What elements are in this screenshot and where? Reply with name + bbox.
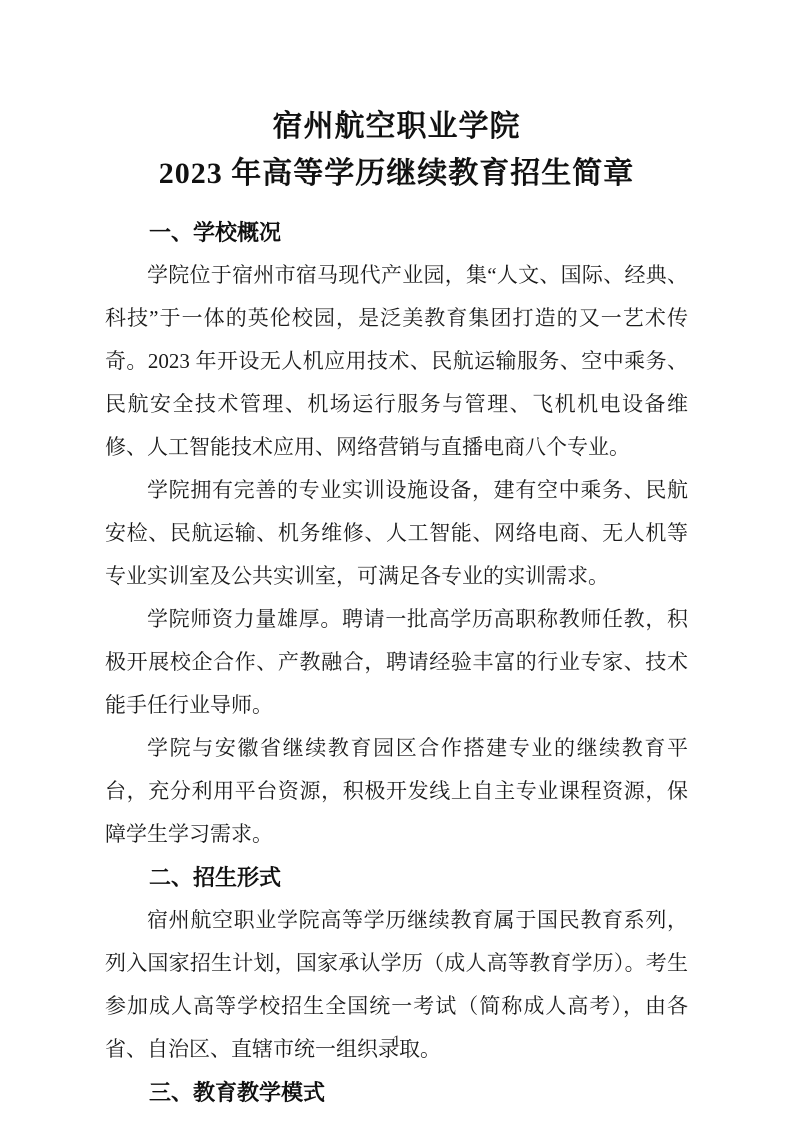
paragraph-faculty: 学院师资力量雄厚。聘请一批高学历高职称教师任教，积极开展校企合作、产教融合，聘请… bbox=[105, 598, 688, 727]
paragraph-online-platform: 学院与安徽省继续教育园区合作搭建专业的继续教育平台，充分利用平台资源，积极开发线… bbox=[105, 727, 688, 856]
document-page: 宿州航空职业学院 2023 年高等学历继续教育招生简章 一、学校概况 学院位于宿… bbox=[0, 0, 793, 1122]
section-heading-enrollment-form: 二、招生形式 bbox=[105, 856, 688, 899]
section-heading-education-teaching-mode: 三、教育教学模式 bbox=[105, 1071, 688, 1114]
document-title-line-2: 2023 年高等学历继续教育招生简章 bbox=[105, 150, 688, 197]
paragraph-training-facilities: 学院拥有完善的专业实训设施设备，建有空中乘务、民航安检、民航运输、机务维修、人工… bbox=[105, 469, 688, 598]
page-number: 1 bbox=[0, 1033, 793, 1051]
document-title-block: 宿州航空职业学院 2023 年高等学历继续教育招生简章 bbox=[105, 103, 688, 197]
paragraph-school-location: 学院位于宿州市宿马现代产业园，集“人文、国际、经典、科技”于一体的英伦校园，是泛… bbox=[105, 254, 688, 469]
document-title-line-1: 宿州航空职业学院 bbox=[105, 103, 688, 150]
section-heading-school-overview: 一、学校概况 bbox=[105, 211, 688, 254]
